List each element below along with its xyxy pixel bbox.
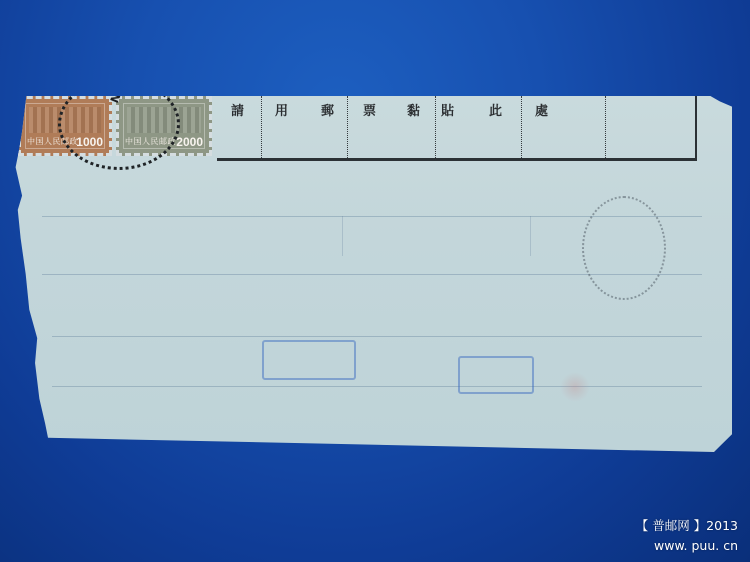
faint-postmark	[582, 196, 666, 300]
header-char: 黏	[407, 100, 420, 119]
blue-seal-right	[458, 356, 534, 394]
stamp-value: 2000	[176, 135, 203, 149]
faint-red-mark	[560, 372, 590, 402]
header-char: 請	[231, 100, 244, 119]
header-char: 貼	[441, 100, 454, 119]
form-rule	[342, 216, 343, 256]
watermark-line-2: www. puu. cn	[636, 536, 738, 556]
stamp-area-header: 請 用 郵 票 黏 貼 此 處	[217, 96, 697, 161]
blue-seal-left	[262, 340, 356, 380]
header-cell: 處	[521, 96, 606, 158]
header-cell: 用 郵	[261, 96, 348, 158]
header-cell	[605, 96, 693, 158]
header-cell: 票 黏	[347, 96, 436, 158]
form-rule	[52, 336, 702, 337]
postal-form: 請 用 郵 票 黏 貼 此 處 中国人民邮政 1000 中国人民邮政 2000 …	[12, 96, 732, 452]
form-rule	[530, 216, 531, 256]
form-rule	[52, 386, 702, 387]
watermark-line-1: 【 普邮网 】2013	[636, 516, 738, 536]
header-cell: 請	[217, 96, 262, 158]
postmark-circle	[58, 78, 180, 170]
header-char: 處	[535, 100, 548, 119]
header-cell: 貼 此	[435, 96, 522, 158]
header-char: 用	[275, 100, 288, 119]
postmark-text: NANCHANG	[108, 27, 150, 105]
header-char: 郵	[321, 100, 334, 119]
header-char: 票	[363, 100, 376, 119]
watermark: 【 普邮网 】2013 www. puu. cn	[636, 516, 738, 556]
header-char: 此	[489, 100, 502, 119]
